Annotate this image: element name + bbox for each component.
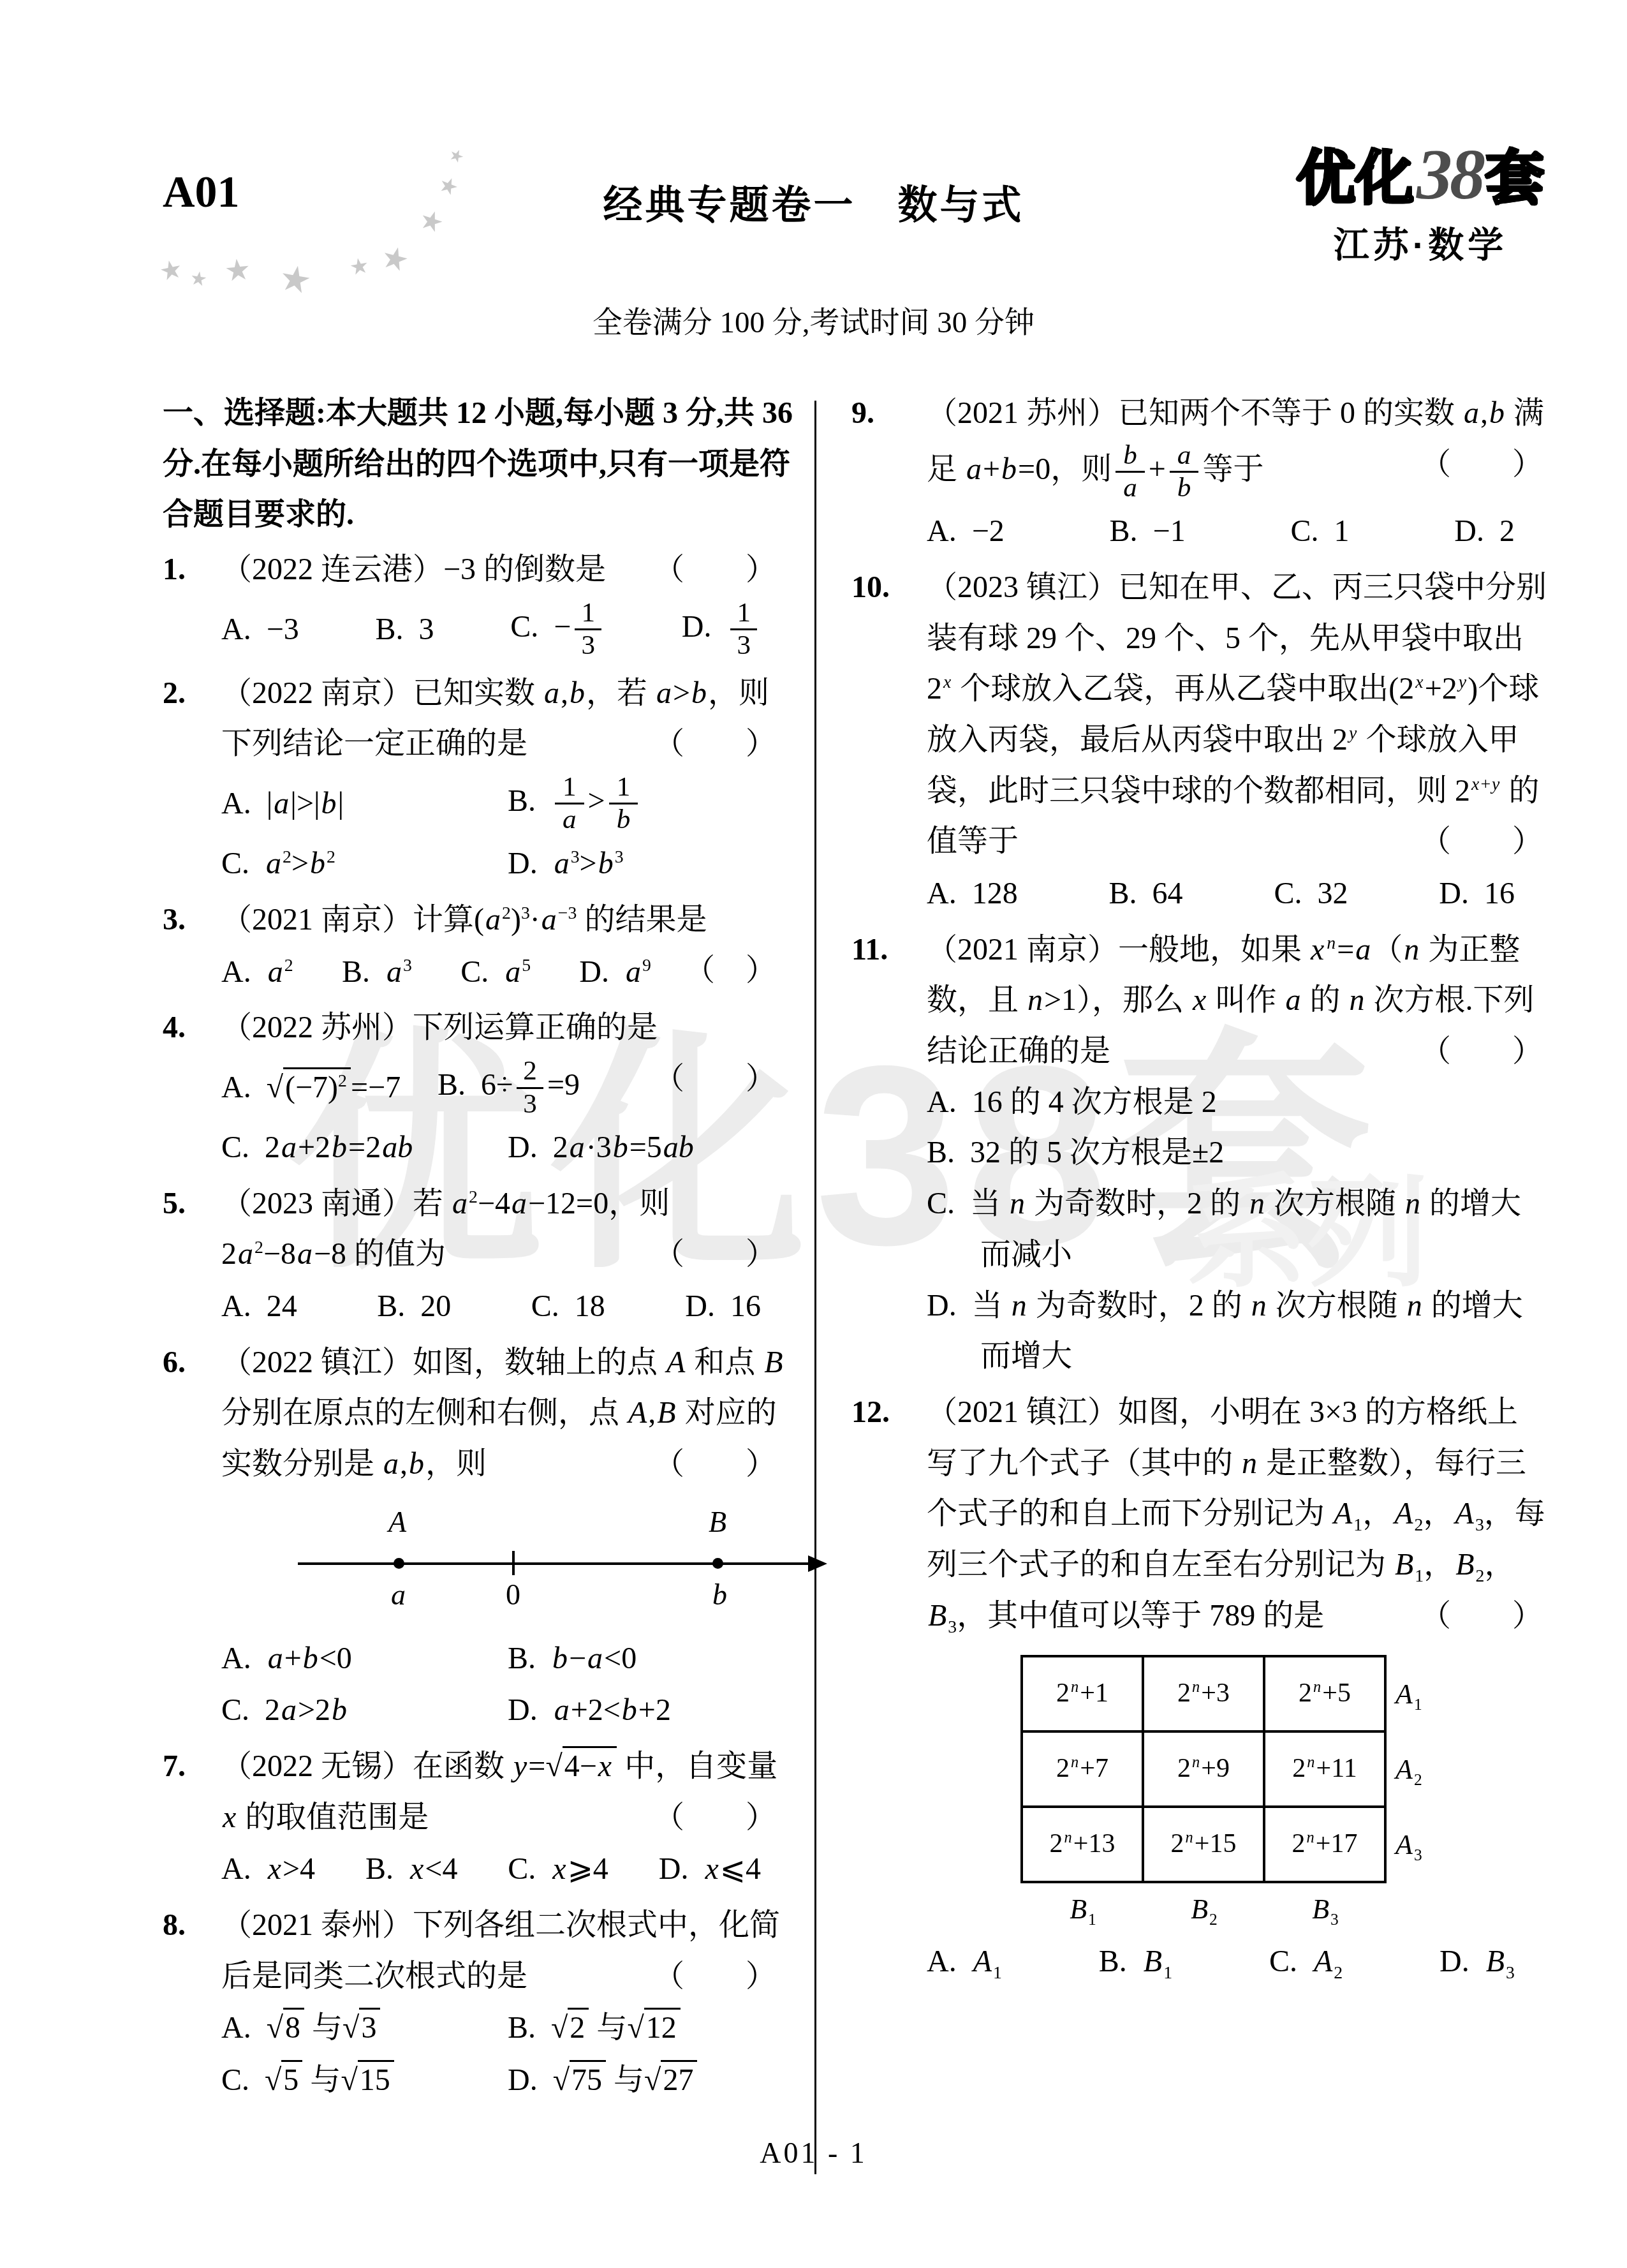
b-value-label: b bbox=[712, 1580, 727, 1610]
question-5-stem: （2023 南通）若 a2−4a−12=0，则 2a2−8a−8 的值为（ ） bbox=[221, 1178, 794, 1280]
question-11-number: 11. bbox=[851, 924, 888, 975]
question-6-number: 6. bbox=[163, 1337, 186, 1388]
question-2-stem: （2022 南京）已知实数 a,b，若 a>b，则下列结论一定正确的是（ ） bbox=[221, 668, 794, 769]
answer-bracket: （ ） bbox=[1420, 816, 1543, 867]
col-label: B3 bbox=[1264, 1882, 1385, 1932]
option-c: C. A2 bbox=[1269, 1936, 1343, 1987]
question-3-text: （2021 南京）计算(a2)3·a−3 的结果是 bbox=[221, 903, 707, 937]
option-c: C. 1 bbox=[1290, 506, 1349, 557]
question-12: 12. （2021 镇江）如图，小明在 3×3 的方格纸上写了九个式子（其中的 … bbox=[851, 1387, 1548, 1987]
grid-table: 2n+1 2n+3 2n+5 A1 2n+7 2n+9 2n+11 A2 2n+… bbox=[1020, 1655, 1454, 1932]
question-4: 4. （2022 苏州）下列运算正确的是（ ） A. √(−7)2=−7 B. … bbox=[163, 1002, 794, 1173]
option-c: C. a2>b2 bbox=[221, 838, 508, 889]
logo-part2: 套 bbox=[1485, 146, 1544, 211]
row-label: A1 bbox=[1385, 1656, 1453, 1731]
answer-bracket: （ ） bbox=[1420, 1026, 1543, 1077]
option-c: C. 当 n 为奇数时，2 的 n 次方根随 n 的增大而减小 bbox=[927, 1178, 1548, 1280]
question-4-options-row2: C. 2a+2b=2ab D. 2a·3b=5ab bbox=[221, 1122, 794, 1173]
logo-number: 38 bbox=[1414, 135, 1485, 214]
option-a: A. √8 与√3 bbox=[221, 2003, 508, 2054]
question-11-stem: （2021 南京）一般地，如果 xn=a（n 为正整数，且 n>1），那么 x … bbox=[927, 924, 1548, 1077]
grid-cell: 2n+15 bbox=[1143, 1807, 1264, 1882]
question-6: 6. （2022 镇江）如图，数轴上的点 A 和点 B 分别在原点的左侧和右侧，… bbox=[163, 1337, 794, 1736]
option-d: D. x⩽4 bbox=[659, 1844, 761, 1895]
left-column: 一、选择题:本大题共 12 小题,每小题 3 分,共 36 分.在每小题所给出的… bbox=[163, 388, 794, 2111]
option-b: B. √2 与√12 bbox=[508, 2003, 794, 2054]
logo-part1: 优化 bbox=[1297, 146, 1414, 211]
option-c: C. a5 bbox=[460, 947, 531, 998]
answer-bracket: （ ） bbox=[1420, 1590, 1543, 1642]
answer-bracket: （ ） bbox=[1420, 439, 1543, 490]
point-a-label: A bbox=[388, 1508, 406, 1537]
question-7-stem: （2022 无锡）在函数 y=√4−x 中，自变量 x 的取值范围是（ ） bbox=[221, 1741, 794, 1842]
point-a-dot bbox=[394, 1558, 404, 1569]
question-5: 5. （2023 南通）若 a2−4a−12=0，则 2a2−8a−8 的值为（… bbox=[163, 1178, 794, 1332]
grid-cell: 2n+7 bbox=[1022, 1731, 1143, 1807]
grid-row-1: 2n+1 2n+3 2n+5 A1 bbox=[1022, 1656, 1453, 1731]
option-c: C. 18 bbox=[531, 1281, 605, 1332]
question-12-stem: （2021 镇江）如图，小明在 3×3 的方格纸上写了九个式子（其中的 n 是正… bbox=[927, 1387, 1548, 1641]
question-5-text: （2023 南通）若 a2−4a−12=0，则 2a2−8a−8 的值为 bbox=[221, 1187, 670, 1271]
option-b: B. 64 bbox=[1109, 868, 1183, 919]
answer-bracket: （ ） bbox=[654, 1439, 776, 1490]
row-label: A3 bbox=[1385, 1807, 1453, 1882]
question-10-number: 10. bbox=[851, 562, 890, 613]
point-b-dot bbox=[712, 1558, 723, 1569]
grid-row-3: 2n+13 2n+15 2n+17 A3 bbox=[1022, 1807, 1453, 1882]
option-b: B. b−a<0 bbox=[508, 1633, 794, 1684]
option-a: A. A1 bbox=[927, 1936, 1002, 1987]
question-12-number: 12. bbox=[851, 1387, 890, 1438]
question-6-stem: （2022 镇江）如图，数轴上的点 A 和点 B 分别在原点的左侧和右侧，点 A… bbox=[221, 1337, 794, 1490]
answer-bracket: （ ） bbox=[654, 1951, 776, 2002]
question-5-number: 5. bbox=[163, 1178, 186, 1229]
grid-row-2: 2n+7 2n+9 2n+11 A2 bbox=[1022, 1731, 1453, 1807]
question-4-options-row1: A. √(−7)2=−7 B. 6÷23=9 bbox=[221, 1055, 654, 1121]
option-d: D. B3 bbox=[1439, 1936, 1515, 1987]
option-b: B. −1 bbox=[1110, 506, 1186, 557]
question-3-options: A. a2 B. a3 C. a5 D. a9 bbox=[221, 947, 684, 998]
answer-bracket: （ ） bbox=[654, 718, 776, 769]
question-9-number: 9. bbox=[851, 388, 874, 439]
option-d: D. 13 bbox=[682, 597, 761, 663]
question-2-options-row2: C. a2>b2 D. a3>b3 bbox=[221, 838, 794, 889]
col-label: B1 bbox=[1022, 1882, 1143, 1932]
answer-bracket: （ ） bbox=[654, 1792, 776, 1843]
question-1-number: 1. bbox=[163, 544, 186, 595]
question-3-number: 3. bbox=[163, 894, 186, 945]
option-d: D. √75 与√27 bbox=[508, 2055, 794, 2106]
exam-subtitle: 全卷满分 100 分,考试时间 30 分钟 bbox=[0, 299, 1627, 341]
option-a: A. 128 bbox=[927, 868, 1018, 919]
question-2-number: 2. bbox=[163, 668, 186, 719]
question-6-options-row2: C. 2a>2b D. a+2<b+2 bbox=[221, 1685, 794, 1736]
star-icon: ★ bbox=[189, 267, 209, 291]
grid-cell: 2n+5 bbox=[1264, 1656, 1385, 1731]
option-b: B. 6÷23=9 bbox=[438, 1055, 654, 1121]
question-1-text: （2022 连云港）−3 的倒数是 bbox=[221, 552, 606, 586]
option-a: A. −3 bbox=[221, 604, 299, 655]
question-8-options-row1: A. √8 与√3 B. √2 与√12 bbox=[221, 2003, 794, 2054]
option-c: C. x⩾4 bbox=[508, 1844, 608, 1895]
question-1-stem: （2022 连云港）−3 的倒数是（ ） bbox=[221, 544, 794, 595]
question-5-options: A. 24 B. 20 C. 18 D. 16 bbox=[221, 1281, 794, 1332]
question-8-options-row2: C. √5 与√15 D. √75 与√27 bbox=[221, 2055, 794, 2106]
section-title: 一、选择题:本大题共 12 小题,每小题 3 分,共 36 分.在每小题所给出的… bbox=[163, 388, 794, 540]
zero-label: 0 bbox=[506, 1580, 520, 1610]
column-divider bbox=[814, 401, 816, 2174]
question-11: 11. （2021 南京）一般地，如果 xn=a（n 为正整数，且 n>1），那… bbox=[851, 924, 1548, 1382]
right-column: 9. （2021 苏州）已知两个不等于 0 的实数 a,b 满足 a+b=0，则… bbox=[851, 388, 1548, 1992]
option-d: D. a+2<b+2 bbox=[508, 1685, 794, 1736]
question-2-options-row1: A. |a|>|b| B. 1a>1b bbox=[221, 771, 794, 837]
question-7-options: A. x>4 B. x<4 C. x⩾4 D. x⩽4 bbox=[221, 1844, 794, 1895]
option-c: C. 2a+2b=2ab bbox=[221, 1122, 508, 1173]
a-value-label: a bbox=[391, 1580, 406, 1610]
grid-cell: 2n+9 bbox=[1143, 1731, 1264, 1807]
option-b: B. B1 bbox=[1099, 1936, 1172, 1987]
brand-logo-line2: 江苏·数学 bbox=[1297, 217, 1544, 268]
page-footer: A01 - 1 bbox=[0, 2136, 1627, 2170]
origin-tick bbox=[512, 1551, 515, 1575]
grid-column-labels: B1 B2 B3 bbox=[1022, 1882, 1453, 1932]
question-10-options: A. 128 B. 64 C. 32 D. 16 bbox=[927, 868, 1548, 919]
star-icon: ★ bbox=[276, 256, 315, 303]
question-1-options: A. −3 B. 3 C. −13 D. 13 bbox=[221, 597, 794, 663]
option-b: B. a3 bbox=[342, 947, 412, 998]
col-label: B2 bbox=[1143, 1882, 1264, 1932]
option-a: A. √(−7)2=−7 bbox=[221, 1062, 438, 1113]
question-6-options-row1: A. a+b<0 B. b−a<0 bbox=[221, 1633, 794, 1684]
option-c: C. −13 bbox=[510, 597, 605, 663]
star-icon: ★ bbox=[348, 253, 371, 281]
question-7-number: 7. bbox=[163, 1741, 186, 1792]
row-label: A2 bbox=[1385, 1731, 1453, 1807]
question-7: 7. （2022 无锡）在函数 y=√4−x 中，自变量 x 的取值范围是（ ）… bbox=[163, 1741, 794, 1895]
question-9-options: A. −2 B. −1 C. 1 D. 2 bbox=[927, 506, 1548, 557]
grid-cell: 2n+13 bbox=[1022, 1807, 1143, 1882]
col-label-spacer bbox=[1385, 1882, 1453, 1932]
question-12-options: A. A1 B. B1 C. A2 D. B3 bbox=[927, 1936, 1548, 1987]
option-c: C. 2a>2b bbox=[221, 1685, 508, 1736]
option-a: A. a2 bbox=[221, 947, 293, 998]
option-b: B. 20 bbox=[377, 1281, 451, 1332]
brand-logo: 优化38套 江苏·数学 bbox=[1297, 139, 1544, 268]
question-10: 10. （2023 镇江）已知在甲、乙、丙三只袋中分别装有球 29 个、29 个… bbox=[851, 562, 1548, 919]
question-9-stem: （2021 苏州）已知两个不等于 0 的实数 a,b 满足 a+b=0，则ba+… bbox=[927, 388, 1548, 505]
grid-cell: 2n+1 bbox=[1022, 1656, 1143, 1731]
grid-cell: 2n+17 bbox=[1264, 1807, 1385, 1882]
question-8-number: 8. bbox=[163, 1900, 186, 1951]
question-8-stem: （2021 泰州）下列各组二次根式中，化简后是同类二次根式的是（ ） bbox=[221, 1900, 794, 2001]
option-a: A. 16 的 4 次方根是 2 bbox=[927, 1077, 1548, 1128]
star-icon: ★ bbox=[157, 253, 186, 287]
option-d: D. 16 bbox=[685, 1281, 761, 1332]
point-b-label: B bbox=[709, 1508, 726, 1537]
question-3-stem: （2021 南京）计算(a2)3·a−3 的结果是（ ） bbox=[221, 894, 794, 945]
option-b: B. 1a>1b bbox=[508, 771, 794, 837]
grid-cell: 2n+3 bbox=[1143, 1656, 1264, 1731]
option-b: B. x<4 bbox=[365, 1844, 457, 1895]
grid-cell: 2n+11 bbox=[1264, 1731, 1385, 1807]
question-4-text: （2022 苏州）下列运算正确的是 bbox=[221, 1011, 658, 1044]
exam-page: 优化38套 系列 A01 ★ ★ ★ ★ ★ ★ ★ ★ ★ 经典专题卷一 数与… bbox=[0, 0, 1627, 2268]
option-c: C. 32 bbox=[1274, 868, 1348, 919]
answer-bracket: （ ） bbox=[654, 544, 776, 595]
option-d: D. a3>b3 bbox=[508, 838, 794, 889]
option-d: D. 当 n 为奇数时，2 的 n 次方根随 n 的增大而增大 bbox=[927, 1280, 1548, 1382]
option-a: A. |a|>|b| bbox=[221, 778, 508, 829]
question-1: 1. （2022 连云港）−3 的倒数是（ ） A. −3 B. 3 C. −1… bbox=[163, 544, 794, 663]
option-a: A. a+b<0 bbox=[221, 1633, 508, 1684]
option-d: D. 16 bbox=[1439, 868, 1515, 919]
option-b: B. 3 bbox=[376, 604, 434, 655]
option-d: D. a9 bbox=[579, 947, 651, 998]
answer-bracket: （ ） bbox=[654, 1229, 776, 1280]
star-icon: ★ bbox=[223, 251, 253, 288]
question-10-text: （2023 镇江）已知在甲、乙、丙三只袋中分别装有球 29 个、29 个、5 个… bbox=[927, 570, 1547, 858]
option-b: B. 32 的 5 次方根是±2 bbox=[927, 1127, 1548, 1178]
star-icon: ★ bbox=[378, 239, 413, 280]
star-icon: ★ bbox=[446, 145, 467, 168]
option-a: A. 24 bbox=[221, 1281, 297, 1332]
answer-bracket: （ ） bbox=[684, 945, 776, 996]
brand-logo-line1: 优化38套 bbox=[1297, 139, 1544, 211]
question-8: 8. （2021 泰州）下列各组二次根式中，化简后是同类二次根式的是（ ） A.… bbox=[163, 1900, 794, 2106]
question-2: 2. （2022 南京）已知实数 a,b，若 a>b，则下列结论一定正确的是（ … bbox=[163, 668, 794, 889]
question-4-stem: （2022 苏州）下列运算正确的是（ ） bbox=[221, 1002, 794, 1053]
question-3: 3. （2021 南京）计算(a2)3·a−3 的结果是（ ） A. a2 B.… bbox=[163, 894, 794, 998]
axis-arrow-icon bbox=[808, 1555, 827, 1572]
axis-line bbox=[298, 1562, 812, 1565]
option-d: D. 2 bbox=[1454, 506, 1515, 557]
question-10-stem: （2023 镇江）已知在甲、乙、丙三只袋中分别装有球 29 个、29 个、5 个… bbox=[927, 562, 1548, 867]
answer-bracket: （ ） bbox=[654, 1053, 776, 1104]
option-c: C. √5 与√15 bbox=[221, 2055, 508, 2106]
question-4-number: 4. bbox=[163, 1002, 186, 1053]
question-9: 9. （2021 苏州）已知两个不等于 0 的实数 a,b 满足 a+b=0，则… bbox=[851, 388, 1548, 557]
number-line-figure: A B a 0 b bbox=[298, 1499, 834, 1629]
option-a: A. x>4 bbox=[221, 1844, 315, 1895]
option-a: A. −2 bbox=[927, 506, 1005, 557]
option-d: D. 2a·3b=5ab bbox=[508, 1122, 794, 1173]
